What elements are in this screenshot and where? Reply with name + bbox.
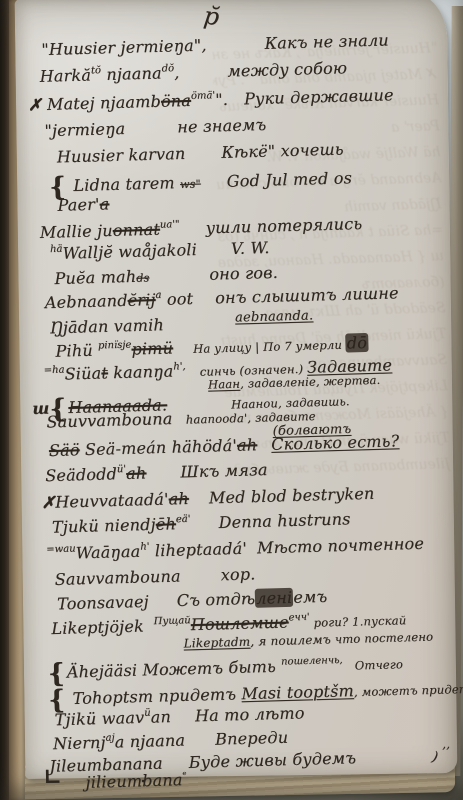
manuscript-line: Seädoddü'ahШкъ мяза [45,460,268,485]
manuscript-line: häWalljĕ waåjakoliV. W. [50,238,270,263]
manuscript-line: =wauWaāŋaah' liheptaadá'Мѣсто почтенное [46,534,424,564]
manuscript-line: Paer'a [57,194,109,214]
manuscript-line: aebnaanda. [235,308,314,325]
manuscript-line: Niernjajа njaanaВпереди [53,728,289,754]
ink-mark: ∟ [43,764,62,790]
ink-mark: ) [430,749,439,766]
manuscript-page: "Huusier jermieŋa", Какъ не знали✗ Matej… [15,0,458,779]
handwriting-lines: "Huusier jermieŋa",Какъ не зналиHarkătŏ … [35,7,446,773]
manuscript-line: Aebnaandĕrija ootонъ слышитъ лишне [45,283,399,312]
ink-mark: • [140,777,146,787]
manuscript-line: ✗ Matej njaambönaömä'".Руки державшие [28,85,394,114]
manuscript-line: "Huusier jermieŋa",Какъ не знали [41,30,389,59]
manuscript-line: Puĕa mahdsоно гов. [54,263,278,288]
photo-backdrop: "Huusier jermieŋa", Какъ не знали✗ Matej… [0,0,463,800]
manuscript-line: jilieumbanaᵉ [85,770,186,792]
book-spine [0,0,9,800]
manuscript-line: Säö Seä-meán hähödá'ahСколько есть? [49,431,400,460]
ink-mark: ‚‚ [442,737,450,751]
ink-mark: p̆ [202,1,221,31]
manuscript-line: Sauvvambounaхор. [54,564,255,589]
manuscript-line: ✗Heuvvataadá'ahMed blod bestryken [41,484,374,512]
manuscript-line: Tjukü niendjēheä'Denna hustruns [52,509,351,536]
manuscript-line: Mallie juonnatua'"ушли потерялись [40,214,363,242]
manuscript-line: Huusier karvanКѣкё" хочешь [57,139,344,166]
manuscript-line: Ŋjādan vamih [49,315,164,337]
manuscript-line: "jermieŋaне знаемъ [44,115,266,140]
manuscript-line: Harkătŏ njaanadŏ,между собою [39,58,347,86]
manuscript-line: ToonsavaejСъ отдѣленіемъ [57,587,328,614]
